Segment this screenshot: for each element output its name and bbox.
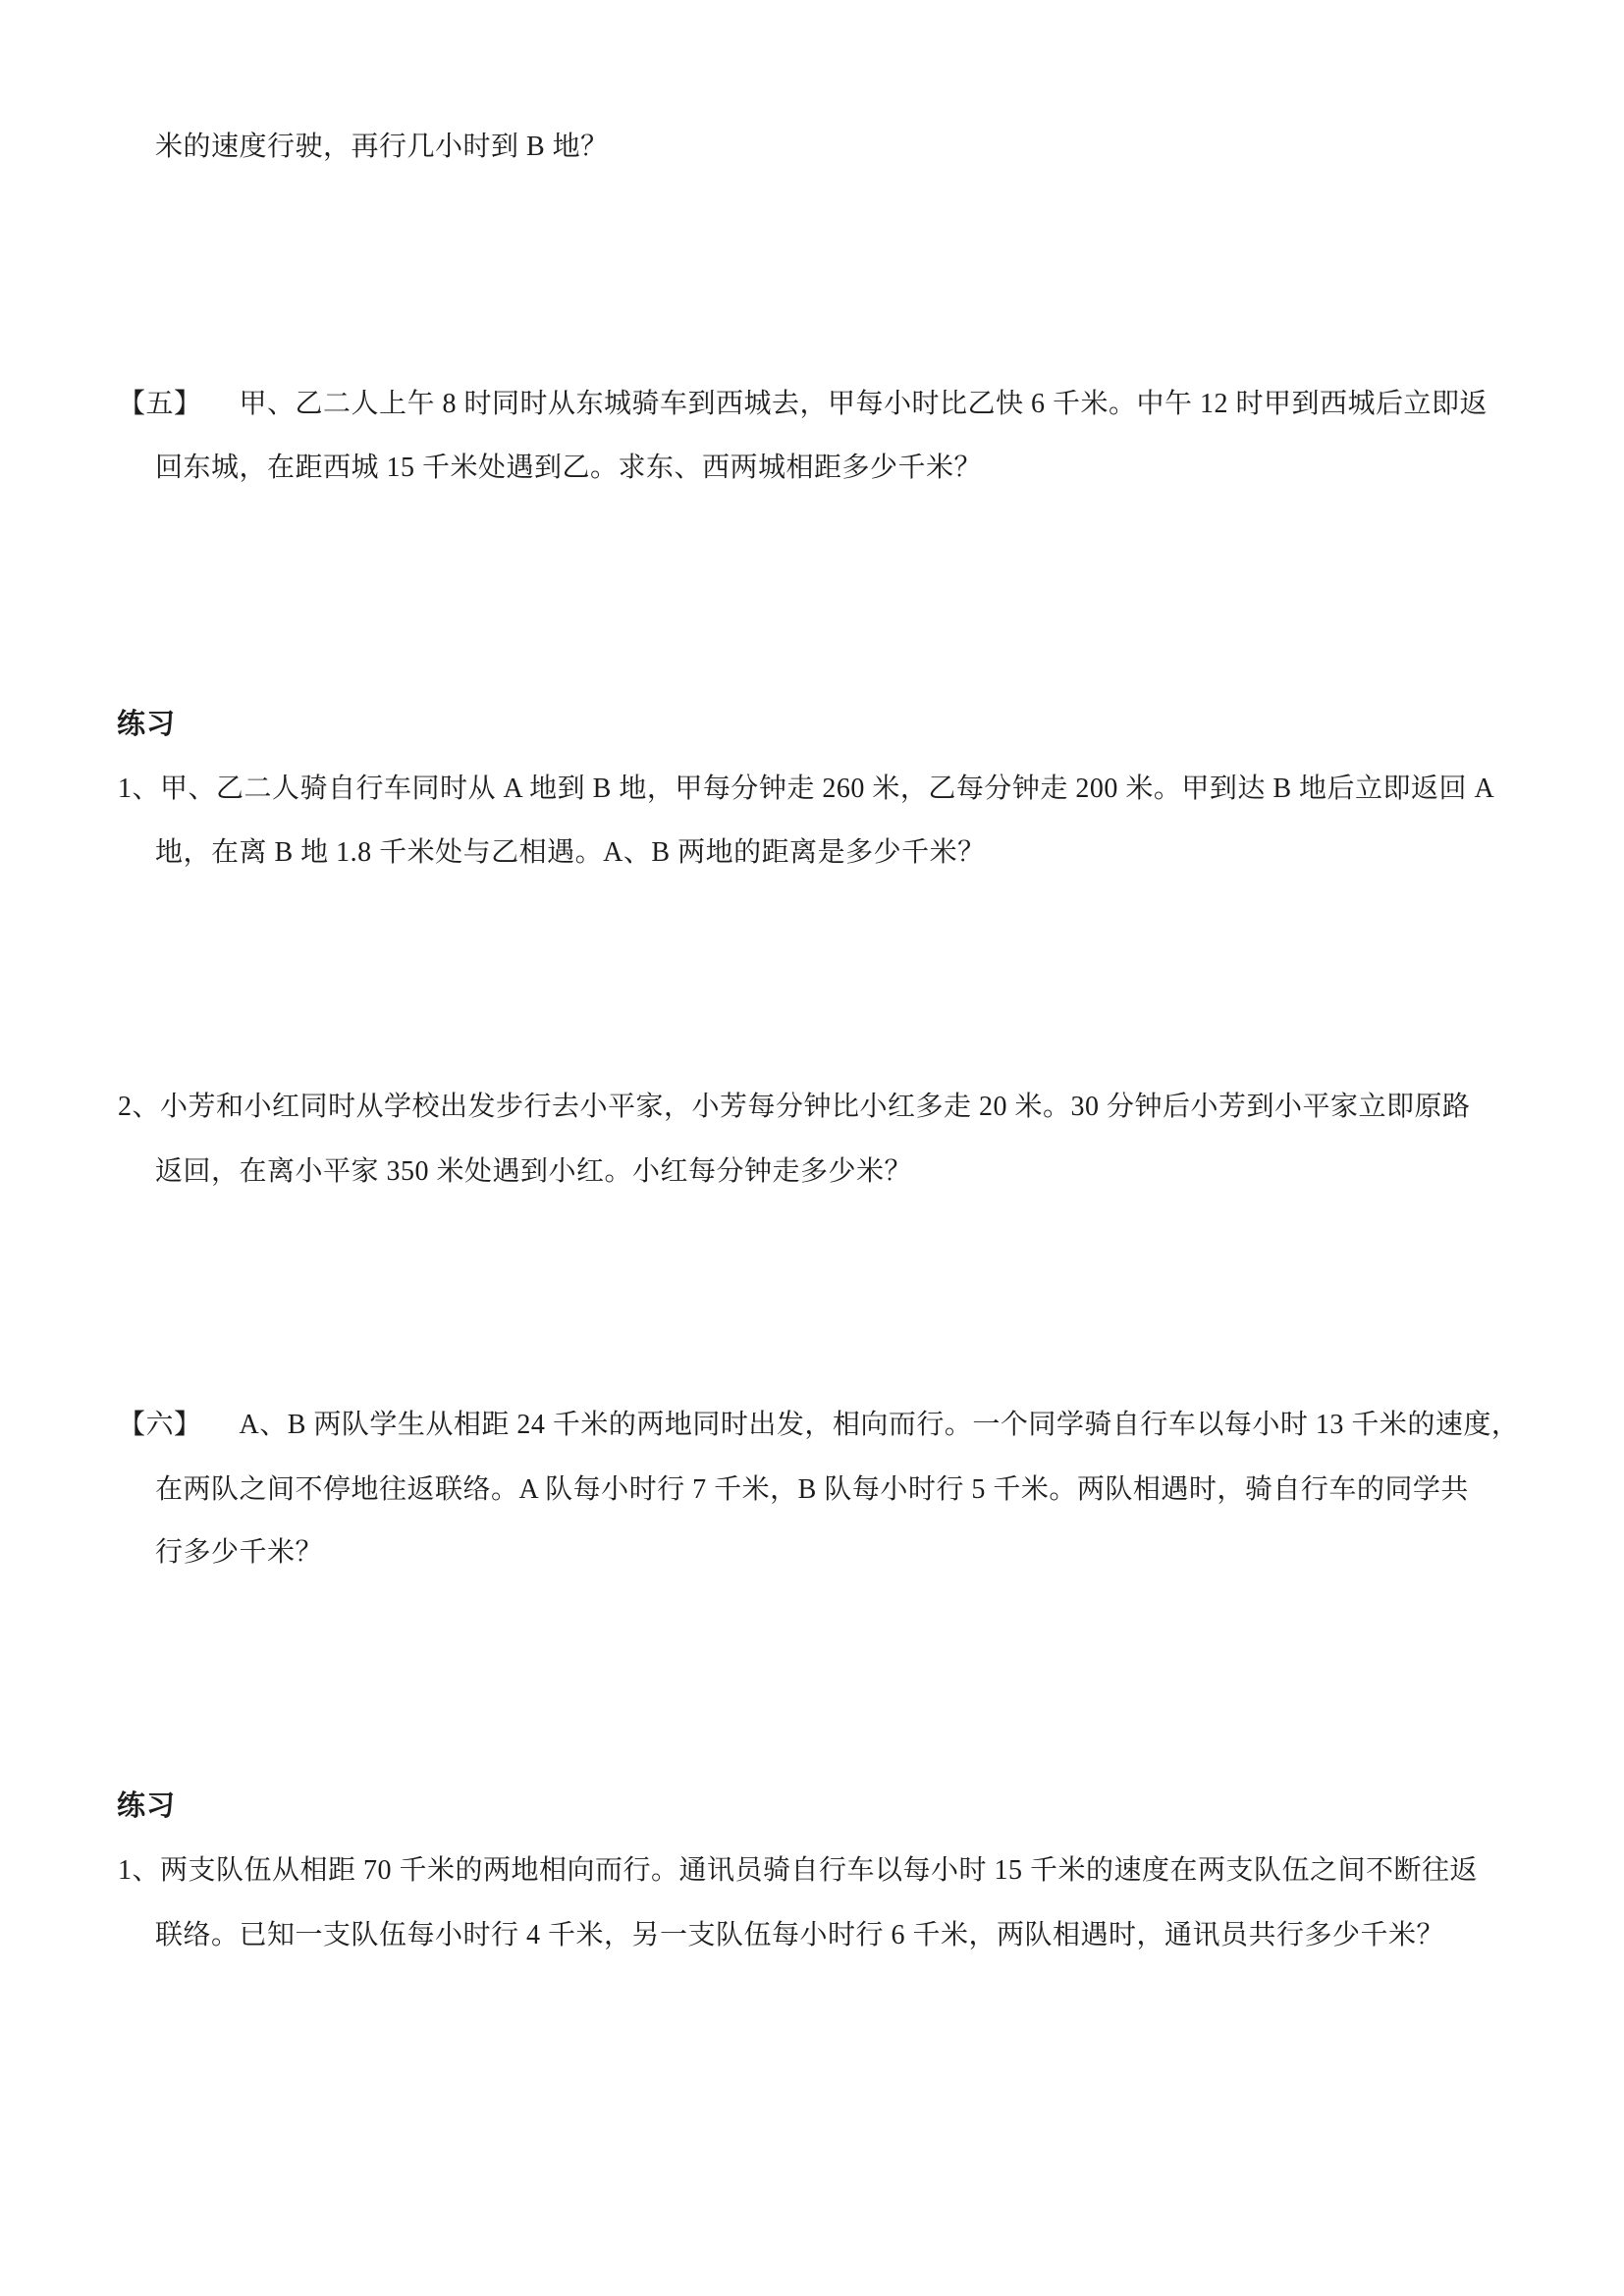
- practice1-heading: 练习: [117, 707, 176, 742]
- problem5-label: 【五】: [118, 387, 202, 422]
- practice1-problem1-line1: 1、甲、乙二人骑自行车同时从 A 地到 B 地，甲每分钟走 260 米，乙每分钟…: [118, 772, 1494, 807]
- practice2-heading: 练习: [117, 1789, 176, 1824]
- practice1-problem2-line1: 2、小芳和小红同时从学校出发步行去小平家，小芳每分钟比小红多走 20 米。30 …: [118, 1090, 1471, 1125]
- problem6-line2: 在两队之间不停地往返联络。A 队每小时行 7 千米，B 队每小时行 5 千米。两…: [155, 1472, 1469, 1508]
- problem5-text-line1: 甲、乙二人上午 8 时同时从东城骑车到西城去，甲每小时比乙快 6 千米。中午 1…: [240, 389, 1489, 419]
- problem5-line1: 【五】甲、乙二人上午 8 时同时从东城骑车到西城去，甲每小时比乙快 6 千米。中…: [118, 387, 1488, 422]
- practice2-problem1-line1: 1、两支队伍从相距 70 千米的两地相向而行。通讯员骑自行车以每小时 15 千米…: [118, 1853, 1478, 1889]
- practice1-problem1-line2: 地，在离 B 地 1.8 千米处与乙相遇。A、B 两地的距离是多少千米？: [155, 835, 986, 871]
- previous-problem-tail-line: 米的速度行驶，再行几小时到 B 地？: [155, 130, 609, 165]
- worksheet-page: 米的速度行驶，再行几小时到 B 地？ 【五】甲、乙二人上午 8 时同时从东城骑车…: [0, 0, 1624, 2296]
- practice2-problem1-line2: 联络。已知一支队伍每小时行 4 千米，另一支队伍每小时行 6 千米，两队相遇时，…: [155, 1918, 1444, 1953]
- problem6-label: 【六】: [118, 1408, 202, 1443]
- problem6-text-line1: A、B 两队学生从相距 24 千米的两地同时出发，相向而行。一个同学骑自行车以每…: [240, 1410, 1520, 1440]
- problem6-line1: 【六】A、B 两队学生从相距 24 千米的两地同时出发，相向而行。一个同学骑自行…: [118, 1408, 1519, 1443]
- practice1-problem2-line2: 返回，在离小平家 350 米处遇到小红。小红每分钟走多少米？: [155, 1154, 912, 1190]
- problem5-line2: 回东城，在距西城 15 千米处遇到乙。求东、西两城相距多少千米？: [155, 451, 982, 486]
- problem6-line3: 行多少千米？: [155, 1535, 323, 1571]
